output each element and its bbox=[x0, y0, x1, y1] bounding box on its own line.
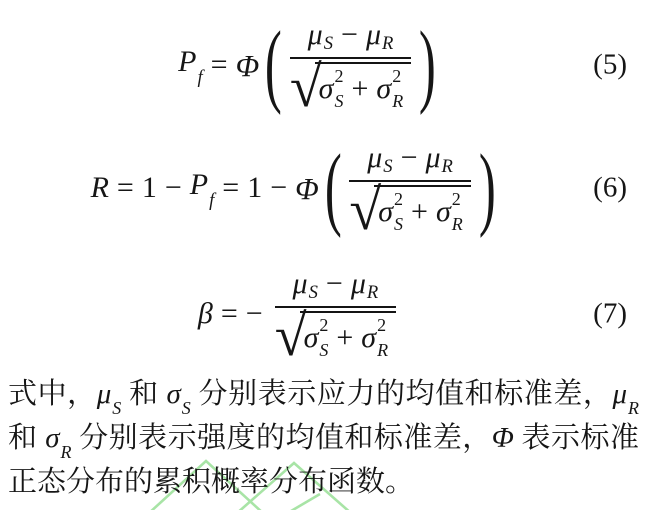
minus-sign: − bbox=[246, 299, 263, 329]
minus-sign: − bbox=[326, 269, 343, 299]
superscript-2: 2 bbox=[452, 190, 461, 208]
plus-sign: + bbox=[336, 323, 353, 353]
inline-sigma-s: σ bbox=[166, 378, 180, 410]
variable-R: R bbox=[91, 173, 109, 203]
subscript-R: R bbox=[452, 215, 463, 233]
subscript-R: R bbox=[382, 35, 393, 54]
numerator: μS − μR bbox=[279, 269, 393, 306]
beta-symbol: β bbox=[198, 299, 213, 329]
numerator: μS − μR bbox=[294, 20, 408, 57]
subscript-S: S bbox=[182, 398, 191, 418]
inline-sigma-r: σ bbox=[45, 422, 59, 454]
radical-sign: √ bbox=[290, 63, 322, 112]
denominator: √ σ 2S + σ 2R bbox=[349, 182, 470, 234]
plus-sign: + bbox=[351, 74, 368, 104]
subscript-R: R bbox=[61, 442, 72, 462]
plus-sign: + bbox=[411, 197, 428, 227]
inline-mu-r: μ bbox=[612, 378, 627, 410]
digit-one: 1 bbox=[247, 173, 262, 203]
equals-sign: = bbox=[222, 173, 239, 203]
subscript-S: S bbox=[319, 341, 328, 359]
text-segment: 表示标准 bbox=[514, 422, 639, 454]
equation-5: Pf = Φ ( μS − μR √ σ 2S + bbox=[0, 6, 646, 124]
minus-sign: − bbox=[401, 143, 418, 173]
text-segment: 和 bbox=[8, 422, 45, 454]
sup-sub-stack: 2S bbox=[319, 316, 328, 359]
subscript-S: S bbox=[112, 398, 121, 418]
equals-sign: = bbox=[221, 299, 238, 329]
minus-sign: − bbox=[341, 20, 358, 50]
paragraph-line-3: 正态分布的累积概率分布函数。 bbox=[8, 460, 639, 504]
sigma-symbol: σ bbox=[376, 74, 391, 104]
text-segment: 和 bbox=[121, 378, 166, 410]
inline-mu-s: μ bbox=[97, 378, 112, 410]
document-page: Pf = Φ ( μS − μR √ σ 2S + bbox=[0, 0, 646, 510]
fraction: μS − μR √ σ 2S + σ 2R bbox=[275, 269, 396, 360]
subscript-R: R bbox=[367, 284, 378, 303]
paragraph-line-1: 式中，μS 和 σS 分别表示应力的均值和标准差，μR bbox=[8, 372, 639, 416]
text-segment: 分别表示强度的均值和标准差， bbox=[71, 422, 491, 454]
equals-sign: = bbox=[211, 50, 228, 80]
fraction: μS − μR √ σ 2S + σ 2R bbox=[349, 143, 470, 234]
mu-symbol: μ bbox=[366, 20, 381, 50]
inline-phi: Φ bbox=[492, 422, 514, 454]
equation-number-5: (5) bbox=[593, 49, 627, 82]
denominator: √ σ 2S + σ 2R bbox=[275, 308, 396, 360]
phi-symbol: Φ bbox=[236, 50, 260, 81]
square-root: √ σ 2S + σ 2R bbox=[349, 185, 470, 234]
square-root: √ σ 2S + σ 2R bbox=[290, 62, 411, 111]
phi-symbol: Φ bbox=[295, 173, 319, 204]
square-root: √ σ 2S + σ 2R bbox=[275, 311, 396, 360]
text-segment: 式中， bbox=[8, 378, 97, 410]
radicand: σ 2S + σ 2R bbox=[374, 185, 471, 233]
sigma-symbol: σ bbox=[361, 323, 376, 353]
mu-symbol: μ bbox=[367, 143, 382, 173]
fraction: μS − μR √ σ 2S + σ 2R bbox=[290, 20, 411, 111]
radical-sign: √ bbox=[275, 312, 307, 361]
radicand: σ 2S + σ 2R bbox=[300, 311, 397, 359]
subscript-S: S bbox=[309, 284, 318, 303]
equation-number-7: (7) bbox=[593, 298, 627, 331]
digit-one: 1 bbox=[142, 173, 157, 203]
paragraph-line-2: 和 σR 分别表示强度的均值和标准差，Φ 表示标准 bbox=[8, 416, 639, 460]
sup-sub-stack: 2R bbox=[452, 190, 463, 233]
superscript-2: 2 bbox=[334, 67, 343, 85]
subscript-S: S bbox=[324, 35, 333, 54]
subscript-f: f bbox=[197, 67, 202, 88]
subscript-f: f bbox=[209, 190, 214, 211]
equation-7: β = − μS − μR √ σ 2S + bbox=[0, 262, 646, 366]
mu-symbol: μ bbox=[351, 269, 366, 299]
equation-6-body: R = 1 − Pf = 1 − Φ ( μS − μR √ bbox=[91, 143, 500, 234]
equation-7-body: β = − μS − μR √ σ 2S + bbox=[198, 269, 400, 360]
subscript-R: R bbox=[442, 158, 453, 177]
mu-symbol: μ bbox=[308, 20, 323, 50]
denominator: √ σ 2S + σ 2R bbox=[290, 59, 411, 111]
superscript-2: 2 bbox=[394, 190, 403, 208]
subscript-R: R bbox=[628, 398, 639, 418]
variable-P: P bbox=[190, 168, 208, 201]
equals-sign: = bbox=[117, 173, 134, 203]
numerator: μS − μR bbox=[353, 143, 467, 180]
sup-sub-stack: 2S bbox=[334, 67, 343, 110]
body-paragraph: 式中，μS 和 σS 分别表示应力的均值和标准差，μR 和 σR 分别表示强度的… bbox=[8, 372, 639, 504]
minus-sign: − bbox=[270, 173, 287, 203]
subscript-R: R bbox=[392, 92, 403, 110]
variable-P: P bbox=[178, 45, 196, 78]
subscript-S: S bbox=[334, 92, 343, 110]
minus-sign: − bbox=[165, 173, 182, 203]
superscript-2: 2 bbox=[319, 316, 328, 334]
variable-Pf: Pf bbox=[190, 170, 215, 206]
radical-sign: √ bbox=[349, 186, 381, 235]
text-segment: 正态分布的累积概率分布函数。 bbox=[8, 466, 414, 498]
text-segment: 分别表示应力的均值和标准差， bbox=[191, 378, 613, 410]
radicand: σ 2S + σ 2R bbox=[315, 62, 412, 110]
equation-6: R = 1 − Pf = 1 − Φ ( μS − μR √ bbox=[0, 132, 646, 244]
subscript-S: S bbox=[383, 158, 392, 177]
superscript-2: 2 bbox=[392, 67, 401, 85]
sup-sub-stack: 2S bbox=[394, 190, 403, 233]
subscript-S: S bbox=[394, 215, 403, 233]
sup-sub-stack: 2R bbox=[377, 316, 388, 359]
equation-number-6: (6) bbox=[593, 172, 627, 205]
sup-sub-stack: 2R bbox=[392, 67, 403, 110]
subscript-R: R bbox=[377, 341, 388, 359]
variable-Pf: Pf bbox=[178, 47, 203, 83]
sigma-symbol: σ bbox=[436, 197, 451, 227]
mu-symbol: μ bbox=[425, 143, 440, 173]
equation-5-body: Pf = Φ ( μS − μR √ σ 2S + bbox=[178, 20, 440, 111]
mu-symbol: μ bbox=[293, 269, 308, 299]
superscript-2: 2 bbox=[377, 316, 386, 334]
